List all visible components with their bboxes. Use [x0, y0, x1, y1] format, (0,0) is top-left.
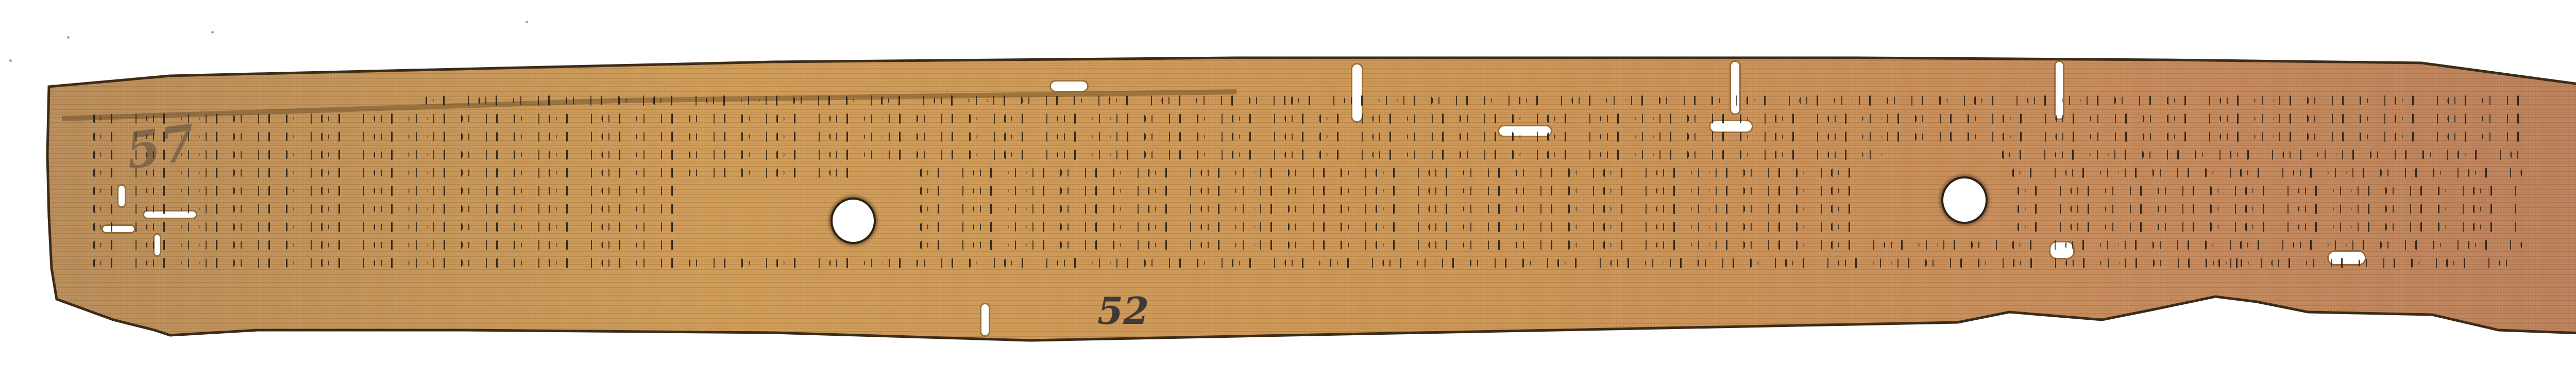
- manuscript-line: [917, 199, 1870, 219]
- marginal-number-bottom: 52: [1097, 289, 1149, 333]
- manuscript-line: [90, 235, 683, 255]
- insect-damage: [981, 304, 989, 335]
- manuscript-line: [2164, 108, 2524, 129]
- manuscript-line: [1316, 108, 2166, 129]
- manuscript-line: [90, 144, 1316, 165]
- manuscript-line: [2164, 90, 2535, 111]
- palm-leaf: 57 52 52: [0, 0, 2576, 376]
- manuscript-line: [2009, 162, 2524, 183]
- manuscript-line: [1288, 90, 2164, 111]
- manuscript-line: [1327, 253, 2254, 273]
- manuscript-line: [90, 217, 683, 237]
- manuscript-line: [1999, 144, 2524, 165]
- manuscript-line: [917, 217, 1870, 237]
- manuscript-line: [90, 181, 683, 201]
- marginal-number-left: 57: [123, 113, 199, 180]
- string-hole-left: [831, 198, 876, 244]
- manuscript-line: [422, 90, 1298, 111]
- manuscript-line: [90, 253, 1327, 273]
- manuscript-line: [90, 108, 1316, 129]
- insect-damage: [1051, 81, 1087, 91]
- manuscript-line: [2215, 253, 2514, 273]
- manuscript-line: [1316, 144, 1883, 165]
- string-hole-right: [1941, 176, 1988, 224]
- manuscript-line: [2014, 199, 2524, 219]
- manuscript-line: [2014, 181, 2524, 201]
- manuscript-line: [2009, 235, 2524, 255]
- manuscript-line: [90, 126, 1316, 147]
- manuscript-line: [90, 199, 683, 219]
- manuscript-line: [917, 162, 1870, 183]
- manuscript-line: [917, 181, 1870, 201]
- manuscript-line: [2014, 217, 2524, 237]
- manuscript-line: [90, 162, 863, 183]
- manuscript-line: [2164, 126, 2524, 147]
- manuscript-line: [917, 235, 1999, 255]
- manuscript-line: [1316, 126, 2166, 147]
